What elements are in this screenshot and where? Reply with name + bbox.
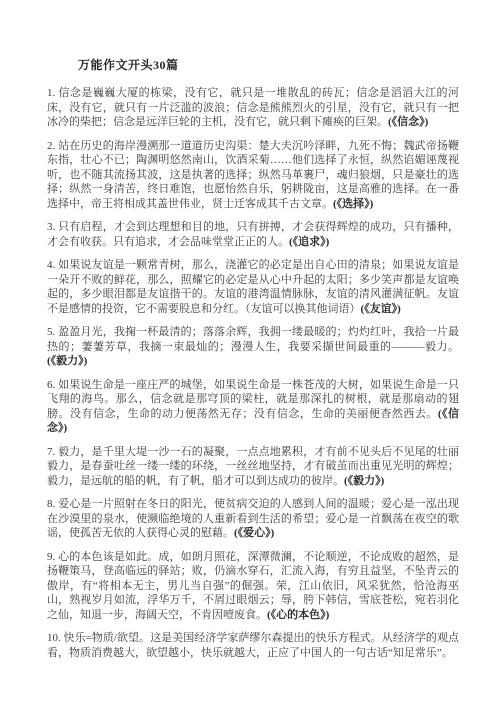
paragraph-text: 7. 毅力，是千里大堤一沙一石的凝聚，一点点地累积，才有前不见头后不见尾的壮丽毅…	[47, 446, 459, 487]
essay-opening-paragraph: 9. 心的本色该是如此。成，如朗月照花，深潭微澜，不论顺逆，不论成败的超然，是扬…	[47, 550, 459, 623]
paragraph-source-title: (《选择》)	[333, 198, 373, 210]
essay-opening-paragraph: 4. 如果说友谊是一颗常青树，那么，浇灌它的必定是出自心田的清泉；如果说友谊是一…	[47, 258, 459, 316]
paragraph-text: 9. 心的本色该是如此。成，如朗月照花，深潭微澜，不论顺逆，不论成败的超然，是扬…	[47, 551, 459, 621]
essay-opening-paragraph: 1. 信念是巍巍大厦的栋梁，没有它，就只是一堆散乱的砖瓦；信念是滔滔大江的河床，…	[47, 86, 459, 130]
paragraph-text: 6. 如果说生命是一座庄严的城堡，如果说生命是一株苍茂的大树，如果说生命是一只飞…	[47, 379, 459, 420]
document-title: 万能作文开头30篇	[78, 56, 457, 73]
essay-opening-paragraph: 7. 毅力，是千里大堤一沙一石的凝聚，一点点地累积，才有前不见头后不见尾的壮丽毅…	[47, 445, 459, 489]
essay-opening-paragraph: 8. 爱心是一片照射在冬日的阳光，使贫病交迫的人感到人间的温暖；爱心是一泓出现在…	[47, 497, 459, 541]
paragraph-text: 3. 只有启程，才会到达理想和目的地，只有拼搏，才会获得辉煌的成功，只有播种，才…	[47, 221, 459, 248]
essay-opening-paragraph: 5. 盈盈月光，我掬一杯最清的；落落余辉，我拥一缕最暖的；灼灼红叶，我拾一片最热…	[47, 325, 459, 369]
paragraph-list: 1. 信念是巍巍大厦的栋梁，没有它，就只是一堆散乱的砖瓦；信念是滔滔大江的河床，…	[47, 86, 459, 660]
essay-opening-paragraph: 10. 快乐=物质/欲望。这是美国经济学家萨缪尔森提出的快乐方程式。从经济学的观…	[47, 631, 459, 660]
paragraph-source-title: (《友谊》)	[361, 303, 401, 315]
paragraph-text: 10. 快乐=物质/欲望。这是美国经济学家萨缪尔森提出的快乐方程式。从经济学的观…	[47, 632, 459, 659]
paragraph-source-title: (《毅力》)	[47, 355, 87, 367]
paragraph-source-title: (《信念》)	[388, 116, 428, 128]
paragraph-source-title: (《心的本色》)	[267, 609, 329, 621]
paragraph-source-title: (《追求》)	[289, 236, 329, 248]
paragraph-source-title: (《毅力》)	[344, 475, 384, 487]
essay-opening-paragraph: 2. 站在历史的海岸漫溯那一道道历史沟渠：楚大夫沉吟泽畔，九死不悔；魏武帝扬鞭东…	[47, 139, 459, 212]
paragraph-text: 2. 站在历史的海岸漫溯那一道道历史沟渠：楚大夫沉吟泽畔，九死不悔；魏武帝扬鞭东…	[47, 140, 459, 210]
essay-opening-paragraph: 6. 如果说生命是一座庄严的城堡，如果说生命是一株苍茂的大树，如果说生命是一只飞…	[47, 378, 459, 436]
paragraph-text: 5. 盈盈月光，我掬一杯最清的；落落余辉，我拥一缕最暖的；灼灼红叶，我拾一片最热…	[47, 326, 459, 353]
paragraph-source-title: (《爱心》)	[234, 527, 274, 539]
essay-opening-paragraph: 3. 只有启程，才会到达理想和目的地，只有拼搏，才会获得辉煌的成功，只有播种，才…	[47, 220, 459, 249]
document-page: 万能作文开头30篇 1. 信念是巍巍大厦的栋梁，没有它，就只是一堆散乱的砖瓦；信…	[0, 0, 501, 710]
